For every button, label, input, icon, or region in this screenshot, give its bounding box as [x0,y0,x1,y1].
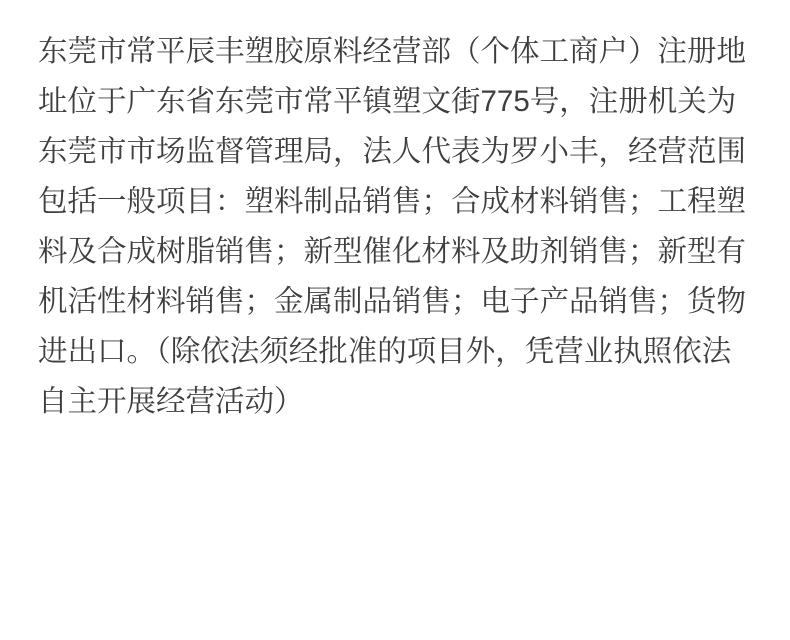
text-line: 机活性材料销售；金属制品销售；电子产品销售；货物 [38,277,752,327]
text-line: 包括一般项目：塑料制品销售；合成材料销售；工程塑 [38,177,752,227]
text-line: 进出口。（除依法须经批准的项目外，凭营业执照依法 [38,327,752,377]
text-line: 址位于广东省东莞市常平镇塑文街775号，注册机关为 [38,77,752,127]
text-line: 东莞市市场监督管理局，法人代表为罗小丰，经营范围 [38,127,752,177]
business-registration-document: 东莞市常平辰丰塑胶原料经营部（个体工商户）注册地 址位于广东省东莞市常平镇塑文街… [0,0,790,427]
text-line: 东莞市常平辰丰塑胶原料经营部（个体工商户）注册地 [38,27,752,77]
business-registration-paragraph: 东莞市常平辰丰塑胶原料经营部（个体工商户）注册地 址位于广东省东莞市常平镇塑文街… [38,27,752,427]
text-line: 料及合成树脂销售；新型催化材料及助剂销售；新型有 [38,227,752,277]
text-line: 自主开展经营活动） [38,377,752,427]
